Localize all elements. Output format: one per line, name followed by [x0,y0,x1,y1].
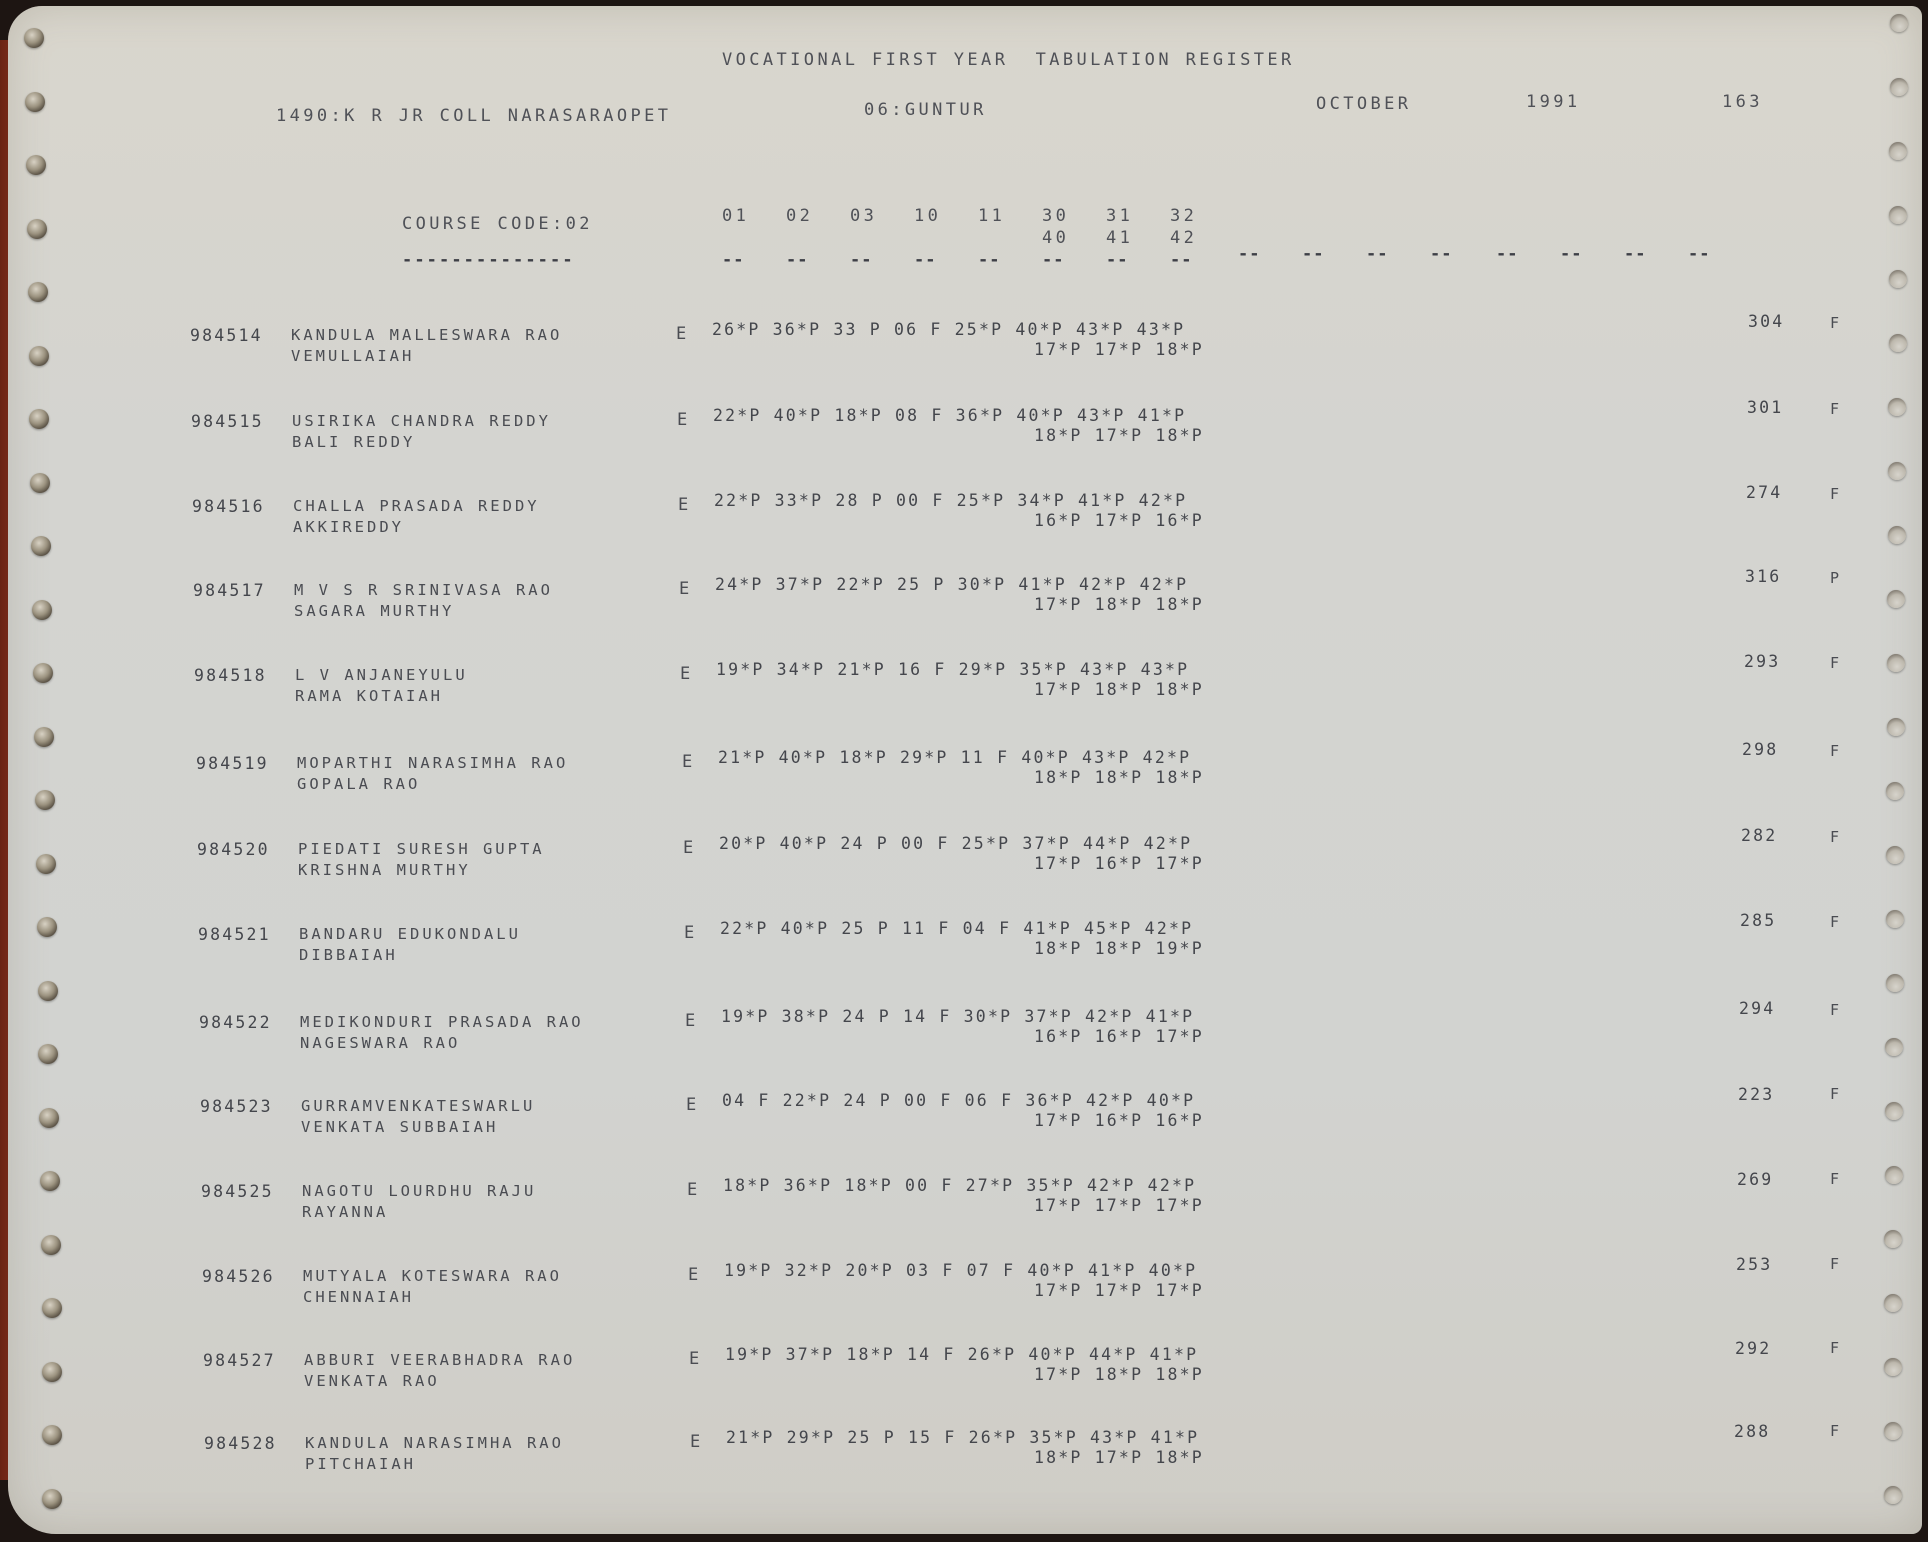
total-marks: 282 [1741,826,1777,845]
marks-row1: 19*P 32*P 20*P 03 F 07 F 40*P 41*P 40*P [724,1261,1197,1280]
exam-year: 1991 [1526,92,1581,112]
result: F [1830,1170,1842,1188]
marks-row1: 04 F 22*P 24 P 00 F 06 F 36*P 42*P 40*P [722,1091,1195,1110]
sprocket-hole-icon [34,727,54,747]
subject-code: 41 [1106,228,1133,248]
marks-row2: 17*P 17*P 17*P [1034,1196,1204,1215]
marks-row2: 18*P 17*P 18*P [1034,1448,1204,1467]
report-title: VOCATIONAL FIRST YEAR TABULATION REGISTE… [722,50,1295,70]
column-separator: -- [786,250,808,270]
medium: E [680,664,694,684]
father-name: VENKATA RAO [304,1372,440,1390]
marks-row1: 24*P 37*P 22*P 25 P 30*P 41*P 42*P 42*P [715,575,1188,594]
column-separator: -- [1430,244,1452,264]
sprocket-hole-icon [25,92,45,112]
father-name: RAMA KOTAIAH [295,687,443,705]
hall-ticket-number: 984525 [201,1182,274,1201]
marks-row1: 21*P 40*P 18*P 29*P 11 F 40*P 43*P 42*P [718,748,1191,767]
sprocket-hole-icon [1890,78,1908,96]
student-name: MUTYALA KOTESWARA RAO [303,1267,562,1285]
marks-row1: 22*P 33*P 28 P 00 F 25*P 34*P 41*P 42*P [714,491,1187,510]
subject-code: 30 [1042,206,1069,226]
total-marks: 253 [1736,1255,1772,1274]
sprocket-hole-icon [1884,1486,1902,1504]
sprocket-hole-icon [1888,526,1906,544]
hall-ticket-number: 984520 [197,840,270,859]
marks-row1: 26*P 36*P 33 P 06 F 25*P 40*P 43*P 43*P [712,320,1185,339]
result: F [1830,828,1842,846]
sprocket-hole-icon [1884,1422,1902,1440]
medium: E [687,1180,701,1200]
father-name: RAYANNA [302,1203,388,1221]
marks-row1: 18*P 36*P 18*P 00 F 27*P 35*P 42*P 42*P [723,1176,1196,1195]
sprocket-hole-icon [26,155,46,175]
sprocket-hole-icon [29,409,49,429]
medium: E [688,1265,702,1285]
sprocket-hole-icon [1886,846,1904,864]
sprocket-hole-icon [27,219,47,239]
medium: E [676,324,690,344]
marks-row2: 17*P 18*P 18*P [1034,680,1204,699]
column-separator: -- [1042,250,1064,270]
sprocket-hole-icon [35,790,55,810]
result: F [1830,654,1842,672]
sprocket-hole-icon [28,282,48,302]
column-separator: -- [1624,244,1646,264]
sprocket-hole-icon [1889,206,1907,224]
course-code-label: COURSE CODE:02 [402,214,593,234]
marks-row2: 16*P 16*P 17*P [1034,1027,1204,1046]
sprocket-hole-icon [1886,974,1904,992]
result: F [1830,913,1842,931]
hall-ticket-number: 984526 [202,1267,275,1286]
total-marks: 298 [1742,740,1778,759]
subject-code: 11 [978,206,1005,226]
father-name: CHENNAIAH [303,1288,414,1306]
marks-row1: 22*P 40*P 18*P 08 F 36*P 40*P 43*P 41*P [713,406,1186,425]
medium: E [686,1095,700,1115]
father-name: PITCHAIAH [305,1455,416,1473]
column-separator: -- [1106,250,1128,270]
sprocket-hole-icon [1890,14,1908,32]
total-marks: 304 [1748,312,1784,331]
father-name: SAGARA MURTHY [294,602,454,620]
marks-row2: 18*P 18*P 19*P [1034,939,1204,958]
medium: E [679,579,693,599]
subject-code: 10 [914,206,941,226]
sprocket-hole-icon [42,1298,62,1318]
hall-ticket-number: 984527 [203,1351,276,1370]
sprocket-hole-icon [1889,334,1907,352]
total-marks: 316 [1745,567,1781,586]
father-name: NAGESWARA RAO [300,1034,460,1052]
student-name: CHALLA PRASADA REDDY [293,497,540,515]
sprocket-hole-icon [42,1362,62,1382]
student-name: L V ANJANEYULU [295,666,468,684]
result: F [1830,400,1842,418]
sprocket-hole-icon [38,981,58,1001]
sprocket-hole-icon [33,663,53,683]
result: F [1830,1255,1842,1273]
hall-ticket-number: 984514 [190,326,263,345]
sprocket-hole-icon [30,473,50,493]
medium: E [682,752,696,772]
student-name: M V S R SRINIVASA RAO [294,581,553,599]
result: F [1830,1339,1842,1357]
course-code-underline: -------------- [402,250,575,270]
sprocket-hole-icon [1885,1166,1903,1184]
sprocket-hole-icon [1884,1294,1902,1312]
hall-ticket-number: 984523 [200,1097,273,1116]
total-marks: 293 [1744,652,1780,671]
total-marks: 223 [1738,1085,1774,1104]
sprocket-hole-icon [1887,590,1905,608]
tabulation-sheet: VOCATIONAL FIRST YEAR TABULATION REGISTE… [8,6,1922,1534]
student-name: GURRAMVENKATESWARLU [301,1097,535,1115]
marks-row1: 19*P 34*P 21*P 16 F 29*P 35*P 43*P 43*P [716,660,1189,679]
father-name: KRISHNA MURTHY [298,861,471,879]
sprocket-hole-icon [37,917,57,937]
sprocket-hole-icon [1884,1358,1902,1376]
sprocket-hole-icon [41,1235,61,1255]
sprocket-hole-icon [42,1425,62,1445]
college-name: 1490:K R JR COLL NARASARAOPET [276,106,671,126]
hall-ticket-number: 984517 [193,581,266,600]
subject-code: 02 [786,206,813,226]
father-name: AKKIREDDY [293,518,404,536]
medium: E [689,1349,703,1369]
sprocket-hole-icon [39,1108,59,1128]
student-name: USIRIKA CHANDRA REDDY [292,412,551,430]
medium: E [677,410,691,430]
father-name: GOPALA RAO [297,775,420,793]
subject-code: 40 [1042,228,1069,248]
student-name: KANDULA MALLESWARA RAO [291,326,562,344]
column-separator: -- [1560,244,1582,264]
marks-row2: 17*P 18*P 18*P [1034,595,1204,614]
marks-row1: 21*P 29*P 25 P 15 F 26*P 35*P 43*P 41*P [726,1428,1199,1447]
hall-ticket-number: 984518 [194,666,267,685]
column-separator: -- [1366,244,1388,264]
sprocket-hole-icon [1886,782,1904,800]
medium: E [690,1432,704,1452]
sprocket-hole-icon [29,346,49,366]
total-marks: 285 [1740,911,1776,930]
total-marks: 274 [1746,483,1782,502]
sprocket-hole-icon [1885,1038,1903,1056]
column-separator: -- [1238,244,1260,264]
marks-row1: 22*P 40*P 25 P 11 F 04 F 41*P 45*P 42*P [720,919,1193,938]
student-name: MOPARTHI NARASIMHA RAO [297,754,568,772]
subject-code: 31 [1106,206,1133,226]
medium: E [684,923,698,943]
sprocket-hole-icon [1887,718,1905,736]
result: F [1830,742,1842,760]
sprocket-hole-icon [1889,270,1907,288]
sprocket-hole-icon [31,536,51,556]
result: F [1830,1085,1842,1103]
student-name: PIEDATI SURESH GUPTA [298,840,545,858]
hall-ticket-number: 984515 [191,412,264,431]
total-marks: 301 [1747,398,1783,417]
column-separator: -- [978,250,1000,270]
sprocket-hole-icon [40,1171,60,1191]
sprocket-hole-icon [1888,398,1906,416]
hall-ticket-number: 984519 [196,754,269,773]
marks-row2: 18*P 18*P 18*P [1034,768,1204,787]
total-marks: 269 [1737,1170,1773,1189]
sprocket-hole-icon [32,600,52,620]
column-separator: -- [1302,244,1324,264]
exam-month: OCTOBER [1316,94,1411,114]
marks-row2: 18*P 17*P 18*P [1034,426,1204,445]
marks-row1: 19*P 37*P 18*P 14 F 26*P 40*P 44*P 41*P [725,1345,1198,1364]
sprocket-hole-icon [24,28,44,48]
hall-ticket-number: 984516 [192,497,265,516]
subject-code: 03 [850,206,877,226]
subject-code: 42 [1170,228,1197,248]
marks-row2: 17*P 16*P 16*P [1034,1111,1204,1130]
marks-row2: 17*P 17*P 18*P [1034,340,1204,359]
student-name: MEDIKONDURI PRASADA RAO [300,1013,584,1031]
result: F [1830,485,1842,503]
total-marks: 292 [1735,1339,1771,1358]
father-name: VEMULLAIAH [291,347,414,365]
student-name: ABBURI VEERABHADRA RAO [304,1351,575,1369]
marks-row2: 17*P 16*P 17*P [1034,854,1204,873]
result: P [1830,569,1842,587]
sprocket-hole-icon [1888,462,1906,480]
marks-row1: 19*P 38*P 24 P 14 F 30*P 37*P 42*P 41*P [721,1007,1194,1026]
father-name: BALI REDDY [292,433,415,451]
sprocket-hole-icon [36,854,56,874]
student-name: KANDULA NARASIMHA RAO [305,1434,564,1452]
father-name: DIBBAIAH [299,946,398,964]
column-separator: -- [1170,250,1192,270]
sprocket-hole-icon [1885,1102,1903,1120]
column-separator: -- [1688,244,1710,264]
sprocket-hole-icon [1884,1230,1902,1248]
medium: E [685,1011,699,1031]
sprocket-hole-icon [1889,142,1907,160]
marks-row2: 17*P 18*P 18*P [1034,1365,1204,1384]
subject-code: 01 [722,206,749,226]
column-separator: -- [914,250,936,270]
hall-ticket-number: 984528 [204,1434,277,1453]
medium: E [683,838,697,858]
column-separator: -- [850,250,872,270]
marks-row2: 17*P 17*P 17*P [1034,1281,1204,1300]
medium: E [678,495,692,515]
student-name: BANDARU EDUKONDALU [299,925,521,943]
father-name: VENKATA SUBBAIAH [301,1118,498,1136]
page-number: 163 [1722,92,1763,112]
result: F [1830,314,1842,332]
sprocket-hole-icon [42,1489,62,1509]
district: 06:GUNTUR [864,100,987,120]
hall-ticket-number: 984522 [199,1013,272,1032]
hall-ticket-number: 984521 [198,925,271,944]
sprocket-hole-icon [38,1044,58,1064]
column-separator: -- [1496,244,1518,264]
total-marks: 288 [1734,1422,1770,1441]
result: F [1830,1422,1842,1440]
column-separator: -- [722,250,744,270]
total-marks: 294 [1739,999,1775,1018]
sprocket-hole-icon [1887,654,1905,672]
result: F [1830,1001,1842,1019]
sprocket-hole-icon [1886,910,1904,928]
subject-code: 32 [1170,206,1197,226]
marks-row1: 20*P 40*P 24 P 00 F 25*P 37*P 44*P 42*P [719,834,1192,853]
student-name: NAGOTU LOURDHU RAJU [302,1182,536,1200]
marks-row2: 16*P 17*P 16*P [1034,511,1204,530]
